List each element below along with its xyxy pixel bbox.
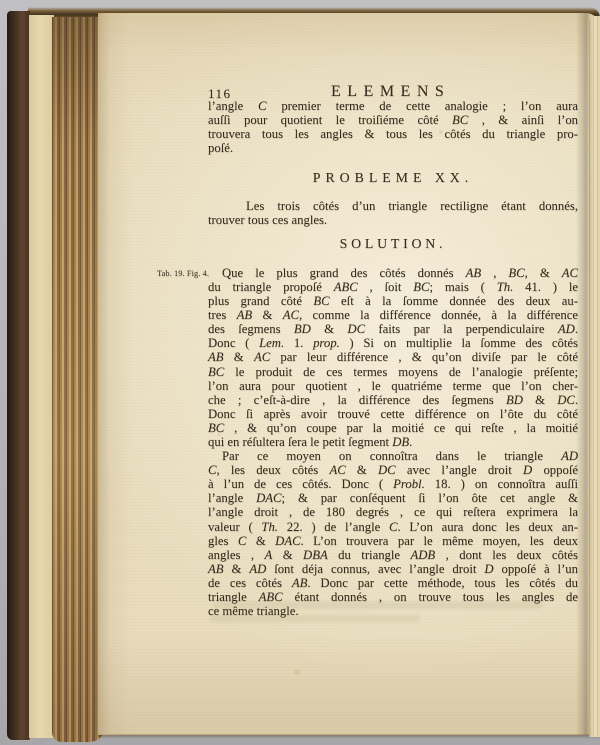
text-line: Par ce moyen on connoîtra dans le triang… <box>208 449 578 463</box>
flyleaf-edge <box>29 15 54 738</box>
show-through-mark <box>213 601 543 609</box>
text-line: trouver tous ces angles. <box>208 213 578 227</box>
text-line: AB & AD ſont déja connus, avec l’angle d… <box>208 562 578 576</box>
text-line: valeur ( Th. 22. ) de l’angle C. L’on au… <box>208 520 578 534</box>
text-line: Donc ( Lem. 1. prop. ) Si on multiplie l… <box>208 336 578 350</box>
probleme-statement: Les trois côtés d’un triangle rectiligne… <box>208 199 578 227</box>
book-cover-edge <box>7 11 30 740</box>
show-through-mark <box>210 615 420 622</box>
solution-paragraph-2: Par ce moyen on connoîtra dans le triang… <box>208 449 578 618</box>
text-line: C, les deux côtés AC & DC avec l’angle d… <box>208 463 578 477</box>
text-line: BC , & qu’on coupe par la moitié ce qui … <box>208 421 578 435</box>
text-line: che ; c’eſt-à-dire , la différence des ſ… <box>208 393 578 407</box>
text-line: poſé. <box>208 141 578 155</box>
text-line: qui en réſultera ſera le petit ſegment D… <box>208 435 578 449</box>
text-line: du triangle propoſé ABC , ſoit BC; mais … <box>208 280 578 294</box>
text-line: à l’un de ces côtés. Donc ( Probl. 18. )… <box>208 477 578 491</box>
text-line: trouvera tous les angles & tous les côté… <box>208 127 578 141</box>
book-photo: 116 ELEMENS Tab. 19. Fig. 4. l’angle C p… <box>0 0 600 745</box>
text-line: Donc ſi après avoir trouvé cette différe… <box>208 407 578 421</box>
text-line: AB & AC par leur différence , & qu’on di… <box>208 350 578 364</box>
next-page-edge <box>589 16 600 737</box>
text-line: gles C & DAC. L’on trouvera par le même … <box>208 534 578 548</box>
page-fore-edge-shadow <box>576 13 590 735</box>
text-line: l’on aura pour quotient , le quatriéme t… <box>208 379 578 393</box>
page-edges-stack <box>52 17 104 742</box>
text-line: auſſi pour quotient le troiſiéme côté BC… <box>208 113 578 127</box>
text-line: Que le plus grand des côtés donnés AB , … <box>208 266 578 280</box>
text-line: BC le produit de ces termes moyens de l’… <box>208 365 578 379</box>
text-line: plus grand côté BC eſt à la ſomme donnée… <box>208 294 578 308</box>
solution-heading: SOLUTION. <box>208 236 578 251</box>
text-line: l’angle C premier terme de cette analogi… <box>208 99 578 113</box>
text-column: l’angle C premier terme de cette analogi… <box>208 99 578 618</box>
text-line: Les trois côtés d’un triangle rectiligne… <box>208 199 578 213</box>
text-line: l’angle DAC; & par conſéquent ſi l’on ôt… <box>208 491 578 505</box>
margin-note: Tab. 19. Fig. 4. <box>153 269 209 278</box>
text-line: tres AB & AC, comme la différence donnée… <box>208 308 578 322</box>
text-line: de ces côtés AB. Donc par cette méthode,… <box>208 576 578 590</box>
paragraph-continuation: l’angle C premier terme de cette analogi… <box>208 99 578 155</box>
book-page: 116 ELEMENS Tab. 19. Fig. 4. l’angle C p… <box>98 13 600 735</box>
text-line: des ſegmens BD & DC faits par la perpend… <box>208 322 578 336</box>
probleme-heading: PROBLEME XX. <box>208 170 578 185</box>
solution-paragraph-1: Que le plus grand des côtés donnés AB , … <box>208 266 578 449</box>
text-line: l’angle droit , de 180 degrés , ce qui r… <box>208 505 578 519</box>
text-line: angles , A & DBA du triangle ADB , dont … <box>208 548 578 562</box>
